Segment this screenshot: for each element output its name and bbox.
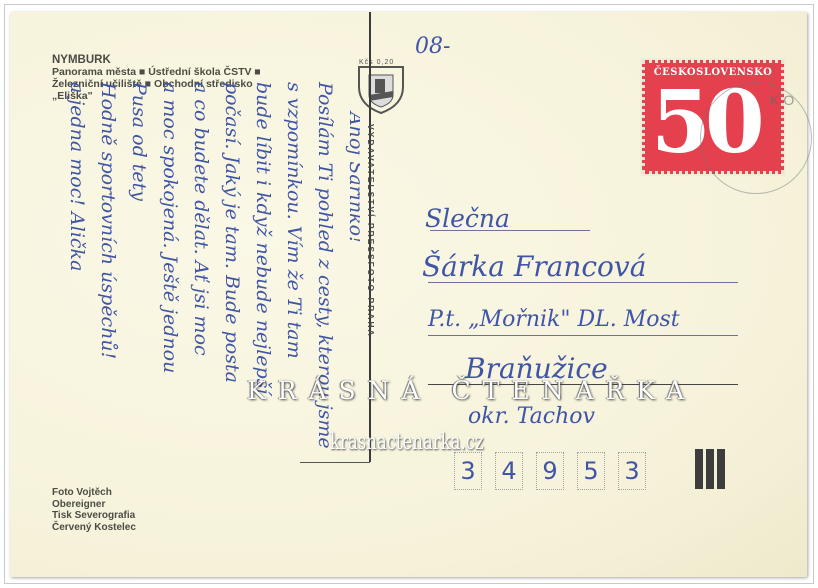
address-line-2: Šárka Francová [422, 250, 646, 283]
handwritten-number: 08- [415, 34, 450, 59]
message-line: a moc spokojená. Ještě jednou [159, 82, 181, 373]
address-line-1: Slečna [425, 204, 510, 233]
watermark-url: krasnactenarka.cz [330, 430, 484, 455]
caption-title: NYMBURK [52, 54, 261, 66]
address-underline [428, 335, 738, 336]
address-line-3: P.t. „Mořnik" DL. Most [428, 307, 680, 332]
credit-line: Červený Kostelec [52, 522, 136, 534]
postcard: NYMBURK Panorama města ■ Ústřední škola … [10, 12, 807, 577]
credit-line: Tisk Severografia [52, 510, 136, 522]
message-line: Pusa od tety [128, 81, 150, 201]
message-line: a co budete dělat. Ať jsi moc [190, 82, 212, 356]
stamp-unit: h [675, 125, 687, 146]
message-line: bude líbit i když nebude nejlepší [252, 82, 274, 397]
message-text-rotated: Ahoj Šárinko!Posílám Ti pohled z cesty, … [20, 72, 360, 492]
postal-code-digit: 9 [536, 452, 564, 490]
watermark-title: KRÁSNÁ ČTENAŘKA [247, 376, 696, 405]
message-line: počasí. Jaký je tam. Bude posta [221, 82, 243, 383]
credit-line: Foto Vojtěch [52, 487, 136, 499]
postal-code-digit: 4 [495, 452, 523, 490]
message-line: s vzpomínkou. Vím že Ti tam [283, 82, 305, 359]
handwritten-message: Ahoj Šárinko!Posílám Ti pohled z cesty, … [20, 72, 380, 497]
address-underline [430, 230, 590, 231]
message-line: a jedna moc! Alička [66, 82, 88, 271]
address-underline [428, 282, 738, 283]
address-line-5: okr. Tachov [468, 404, 595, 429]
postal-code-digit: 5 [577, 452, 605, 490]
photo-credits: Foto Vojtěch Obereigner Tisk Severografi… [52, 487, 136, 533]
price-label: Kčs 0,20 [359, 59, 394, 66]
postal-code-digit: 3 [454, 452, 482, 490]
postmark-text: KO [770, 92, 798, 108]
postal-bars [695, 449, 728, 494]
credit-line: Obereigner [52, 499, 136, 511]
postal-code-digit: 3 [618, 452, 646, 490]
message-line: Hodně sportovních úspěchů! [97, 81, 119, 359]
message-line: Ahoj Šárinko! [345, 110, 360, 244]
